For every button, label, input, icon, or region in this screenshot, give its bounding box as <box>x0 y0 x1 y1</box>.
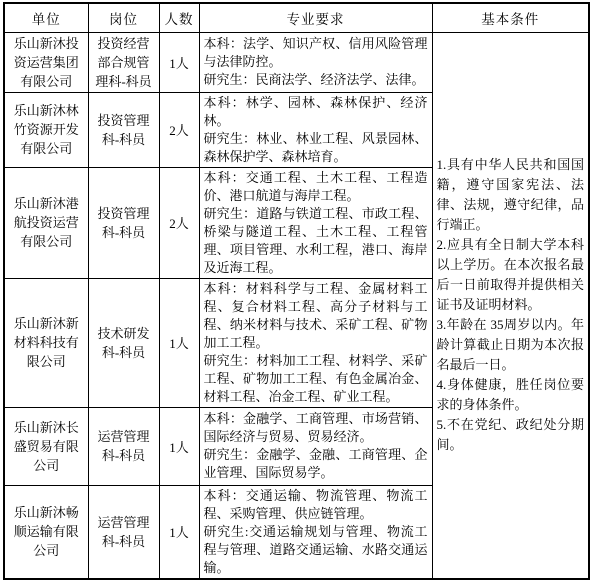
condition-item: 4.身体健康，胜任岗位要求的身体条件。 <box>437 375 585 415</box>
position-cell: 投资管理科-科员 <box>88 167 159 278</box>
undergrad-requirements: 本科：法学、知识产权、信用风险管理与法律防控。 <box>204 35 428 71</box>
condition-item: 1.具有中华人民共和国国籍，遵守国家宪法、法律、法规，遵守纪律，品行端正。 <box>437 155 585 235</box>
col-header-basic-conditions: 基本条件 <box>432 3 589 32</box>
headcount-cell: 1人 <box>159 407 199 485</box>
graduate-requirements: 研究生:交通运输规划与管理、物流工程与管理、道路交通运输、水路交通运输。 <box>204 523 428 577</box>
headcount-cell: 2人 <box>159 92 199 167</box>
recruitment-table: 单位 岗位 人数 专业要求 基本条件 乐山新沐投资运营集团有限公司 投资经营部合… <box>3 2 590 580</box>
requirements-cell: 本科：材料科学与工程、金属材料工程、复合材料工程、高分子材料与工程、纳米材料与技… <box>199 278 432 407</box>
document-page: 单位 岗位 人数 专业要求 基本条件 乐山新沐投资运营集团有限公司 投资经营部合… <box>0 0 591 530</box>
position-cell: 技术研发科-科员 <box>88 278 159 407</box>
headcount-cell: 1人 <box>159 485 199 579</box>
unit-cell: 乐山新沐投资运营集团有限公司 <box>4 32 88 92</box>
position-cell: 运营管理科-科员 <box>88 485 159 579</box>
requirements-cell: 本科：金融学、工商管理、市场营销、国际经济与贸易、贸易经济。 研究生：金融学、金… <box>199 407 432 485</box>
condition-item: 5.不在党纪、政纪处分期间。 <box>437 415 585 455</box>
undergrad-requirements: 本科：交通运输、物流管理、物流工程、采购管理、供应链管理。 <box>204 487 428 523</box>
header-row: 单位 岗位 人数 专业要求 基本条件 <box>4 3 589 32</box>
undergrad-requirements: 本科：材料科学与工程、金属材料工程、复合材料工程、高分子材料与工程、纳米材料与技… <box>204 280 428 352</box>
headcount-cell: 1人 <box>159 32 199 92</box>
col-header-position: 岗位 <box>88 3 159 32</box>
basic-conditions-cell: 1.具有中华人民共和国国籍，遵守国家宪法、法律、法规，遵守纪律，品行端正。 2.… <box>432 32 589 579</box>
requirements-cell: 本科：法学、知识产权、信用风险管理与法律防控。 研究生：民商法学、经济法学、法律… <box>199 32 432 92</box>
requirements-cell: 本科：交通运输、物流管理、物流工程、采购管理、供应链管理。 研究生:交通运输规划… <box>199 485 432 579</box>
graduate-requirements: 研究生：材料加工工程、材料学、采矿工程、矿物加工工程、有色金属冶金、材料工程、冶… <box>204 352 428 406</box>
graduate-requirements: 研究生：民商法学、经济法学、法律。 <box>204 71 428 89</box>
col-header-headcount: 人数 <box>159 3 199 32</box>
condition-item: 2.应具有全日制大学本科以上学历。在本次报名最后一日前取得并提供相关证书及证明材… <box>437 235 585 315</box>
unit-cell: 乐山新沐港航投资运营有限公司 <box>4 167 88 278</box>
table-row: 乐山新沐投资运营集团有限公司 投资经营部合规管理科-科员 1人 本科：法学、知识… <box>4 32 589 92</box>
requirements-cell: 本科：交通工程、土木工程、工程造价、港口航道与海岸工程。 研究生：道路与铁道工程… <box>199 167 432 278</box>
undergrad-requirements: 本科：林学、园林、森林保护、经济林。 <box>204 94 428 130</box>
position-cell: 投资经营部合规管理科-科员 <box>88 32 159 92</box>
unit-cell: 乐山新沐畅顺运输有限公司 <box>4 485 88 579</box>
position-cell: 运营管理科-科员 <box>88 407 159 485</box>
position-cell: 投资管理科-科员 <box>88 92 159 167</box>
headcount-cell: 2人 <box>159 167 199 278</box>
graduate-requirements: 研究生：金融学、金融、工商管理、企业管理、国际贸易学。 <box>204 446 428 482</box>
condition-item: 3.年龄在 35周岁以内。年龄计算截止日期为本次报名最后一日。 <box>437 315 585 375</box>
headcount-cell: 1人 <box>159 278 199 407</box>
unit-cell: 乐山新沐长盛贸易有限公司 <box>4 407 88 485</box>
undergrad-requirements: 本科：金融学、工商管理、市场营销、国际经济与贸易、贸易经济。 <box>204 410 428 446</box>
unit-cell: 乐山新沐新材料科技有限公司 <box>4 278 88 407</box>
undergrad-requirements: 本科：交通工程、土木工程、工程造价、港口航道与海岸工程。 <box>204 169 428 205</box>
col-header-unit: 单位 <box>4 3 88 32</box>
col-header-major-requirements: 专业要求 <box>199 3 432 32</box>
unit-cell: 乐山新沐林竹资源开发有限公司 <box>4 92 88 167</box>
graduate-requirements: 研究生：道路与铁道工程、市政工程、桥梁与隧道工程、土木工程、工程管理、项目管理、… <box>204 205 428 277</box>
graduate-requirements: 研究生：林业、林业工程、风景园林、森林保护学、森林培育。 <box>204 130 428 166</box>
requirements-cell: 本科：林学、园林、森林保护、经济林。 研究生：林业、林业工程、风景园林、森林保护… <box>199 92 432 167</box>
